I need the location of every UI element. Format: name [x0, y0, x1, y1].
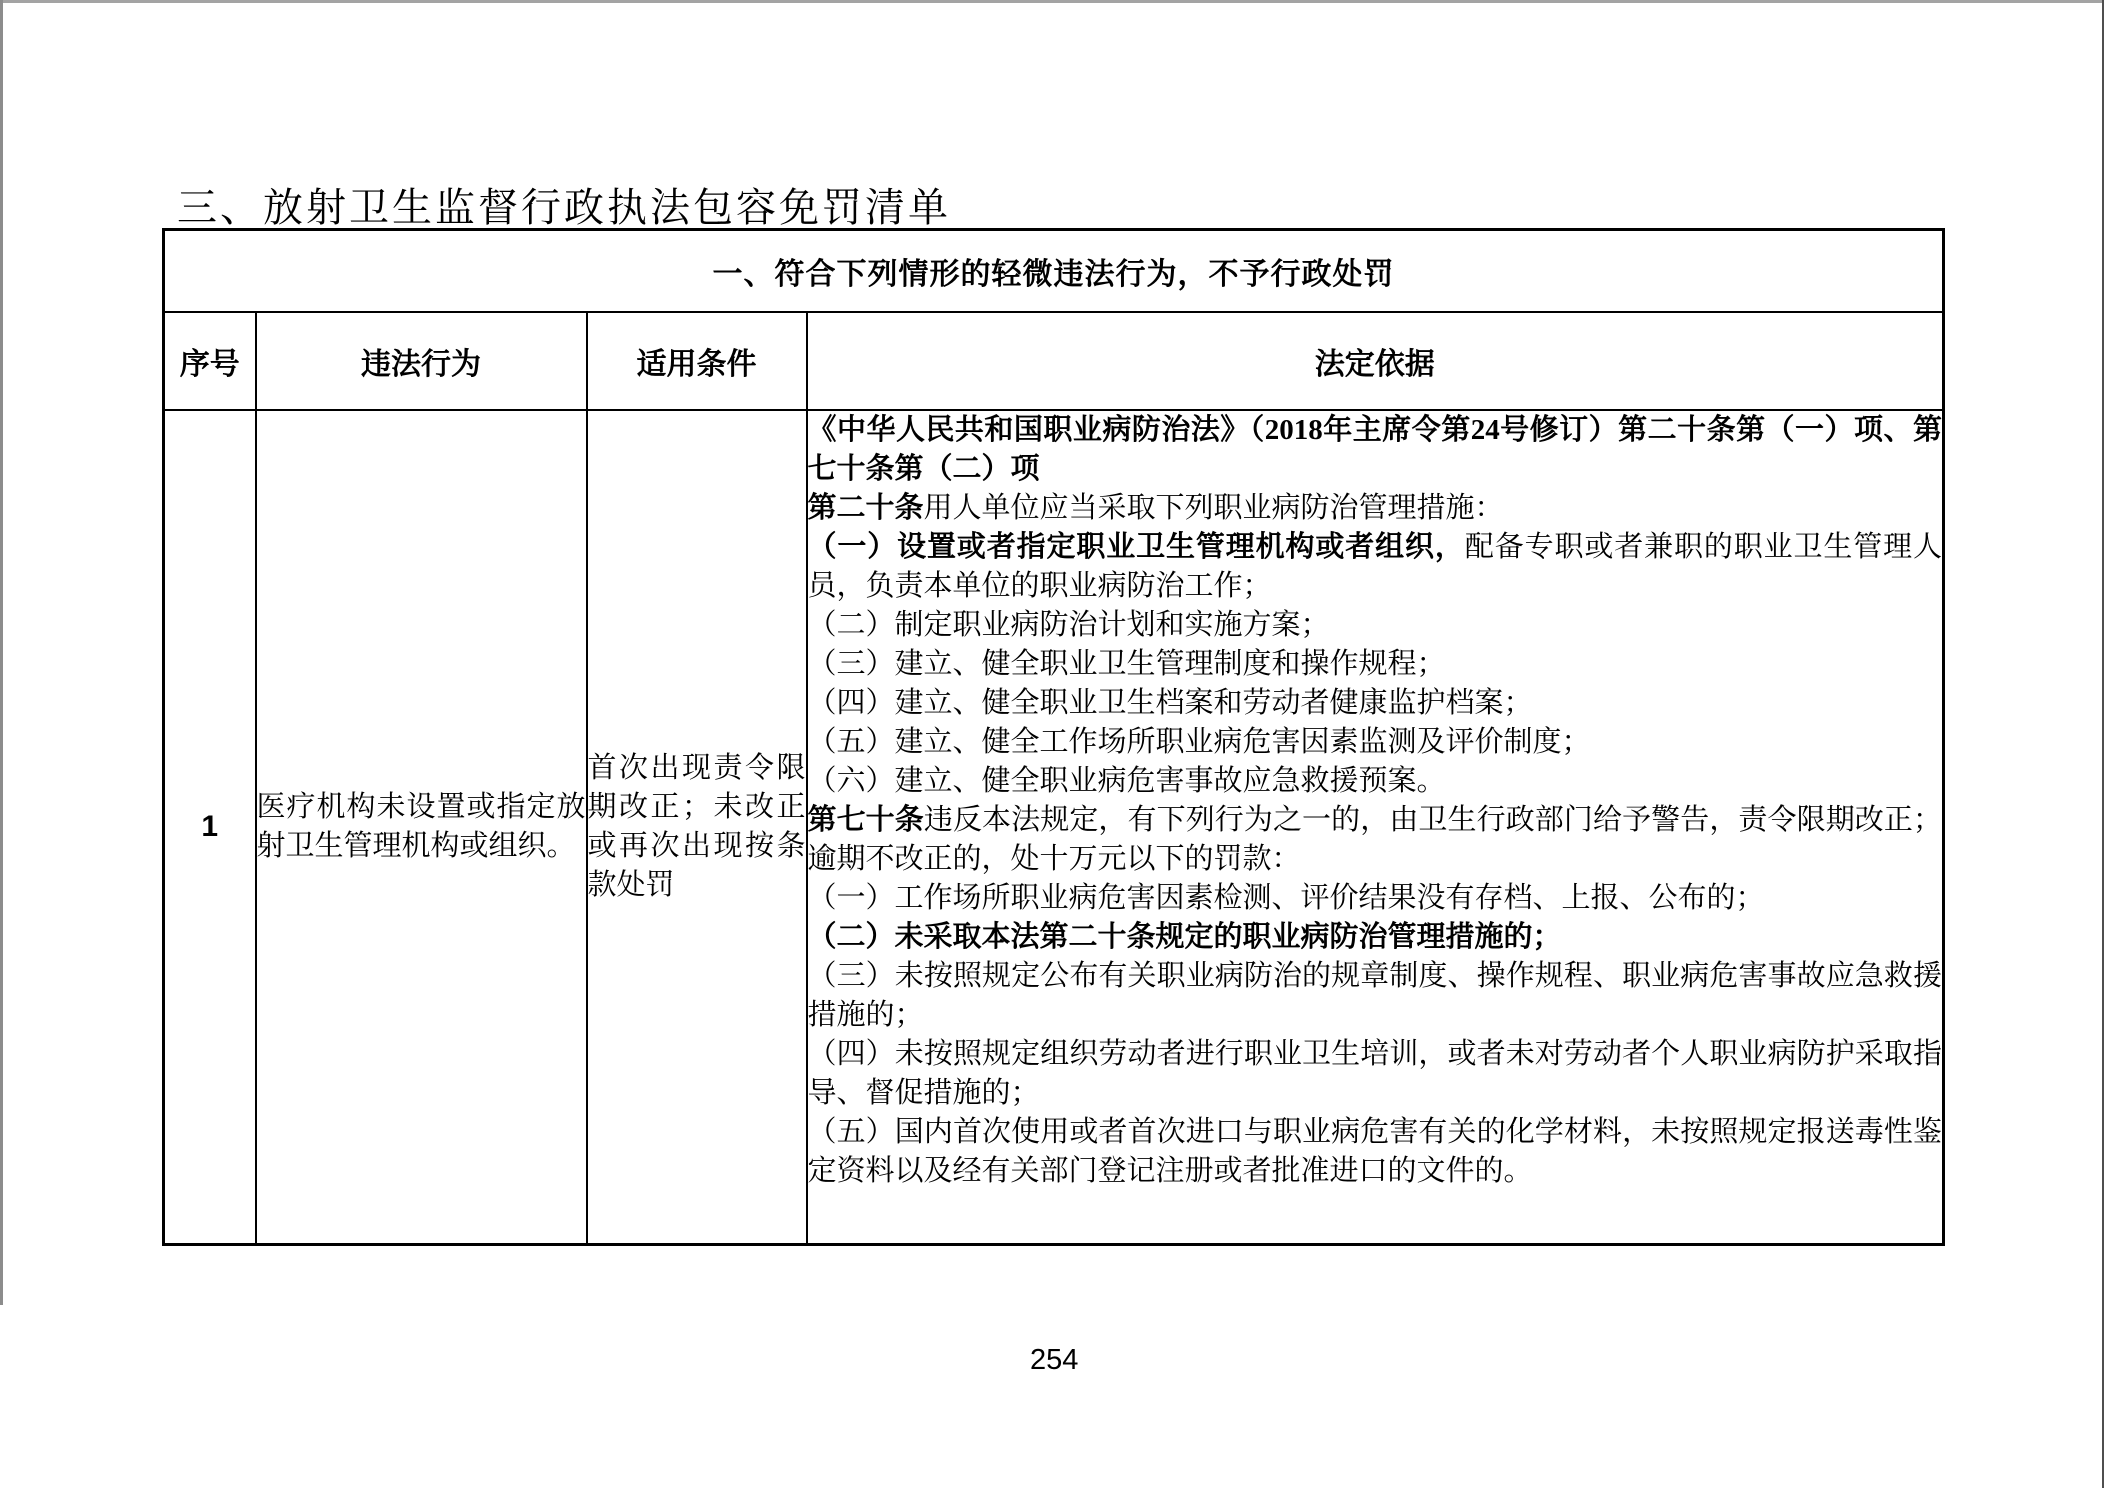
legal-basis-paragraph: （二）未采取本法第二十条规定的职业病防治管理措施的；	[808, 918, 1943, 957]
legal-basis-paragraph: （五）国内首次使用或者首次进口与职业病危害有关的化学材料，未按照规定报送毒性鉴定…	[808, 1113, 1943, 1191]
page-number: 254	[1030, 1344, 1078, 1377]
legal-basis-paragraph: （六）建立、健全职业病危害事故应急救援预案。	[808, 762, 1943, 801]
legal-basis-cell: 《中华人民共和国职业病防治法》（2018年主席令第24号修订）第二十条第（一）项…	[807, 410, 1944, 1245]
column-header-illegal-act: 违法行为	[256, 312, 587, 410]
page-title: 三、放射卫生监督行政执法包容免罚清单	[177, 176, 951, 233]
scan-edge-left	[0, 0, 3, 1305]
legal-basis-paragraph: （五）建立、健全工作场所职业病危害因素监测及评价制度；	[808, 723, 1943, 762]
condition-cell: 首次出现责令限期改正；未改正或再次出现按条款处罚	[587, 410, 807, 1245]
exemption-table-container: 一、符合下列情形的轻微违法行为，不予行政处罚 序号 违法行为 适用条件 法定依据…	[162, 228, 1945, 1246]
table-row: 1 医疗机构未设置或指定放射卫生管理机构或组织。 首次出现责令限期改正；未改正或…	[164, 410, 1944, 1245]
legal-basis-paragraph: （三）建立、健全职业卫生管理制度和操作规程；	[808, 645, 1943, 684]
table-column-header-row: 序号 违法行为 适用条件 法定依据	[164, 312, 1944, 410]
legal-basis-paragraph: （四）建立、健全职业卫生档案和劳动者健康监护档案；	[808, 684, 1943, 723]
illegal-act-cell: 医疗机构未设置或指定放射卫生管理机构或组织。	[256, 410, 587, 1245]
table-section-header: 一、符合下列情形的轻微违法行为，不予行政处罚	[164, 230, 1944, 313]
exemption-list-table: 一、符合下列情形的轻微违法行为，不予行政处罚 序号 违法行为 适用条件 法定依据…	[162, 228, 1945, 1246]
legal-basis-paragraph: （四）未按照规定组织劳动者进行职业卫生培训，或者未对劳动者个人职业病防护采取指导…	[808, 1035, 1943, 1113]
legal-basis-paragraph: 第二十条用人单位应当采取下列职业病防治管理措施：	[808, 489, 1943, 528]
legal-basis-paragraph: （一）设置或者指定职业卫生管理机构或者组织，配备专职或者兼职的职业卫生管理人员，…	[808, 528, 1943, 606]
legal-basis-paragraph: 《中华人民共和国职业病防治法》（2018年主席令第24号修订）第二十条第（一）项…	[808, 411, 1943, 489]
legal-basis-paragraph: （一）工作场所职业病危害因素检测、评价结果没有存档、上报、公布的；	[808, 879, 1943, 918]
legal-basis-paragraph: 第七十条违反本法规定，有下列行为之一的，由卫生行政部门给予警告，责令限期改正；逾…	[808, 801, 1943, 879]
legal-basis-text: 《中华人民共和国职业病防治法》（2018年主席令第24号修订）第二十条第（一）项…	[808, 411, 1943, 1191]
seq-cell: 1	[164, 410, 256, 1245]
document-page: { "page": { "title": "三、放射卫生监督行政执法包容免罚清单…	[0, 0, 2104, 1488]
table-section-header-row: 一、符合下列情形的轻微违法行为，不予行政处罚	[164, 230, 1944, 313]
scan-edge-top	[0, 0, 2104, 3]
legal-basis-paragraph: （三）未按照规定公布有关职业病防治的规章制度、操作规程、职业病危害事故应急救援措…	[808, 957, 1943, 1035]
column-header-condition: 适用条件	[587, 312, 807, 410]
column-header-seq: 序号	[164, 312, 256, 410]
column-header-legal-basis: 法定依据	[807, 312, 1944, 410]
legal-basis-paragraph: （二）制定职业病防治计划和实施方案；	[808, 606, 1943, 645]
